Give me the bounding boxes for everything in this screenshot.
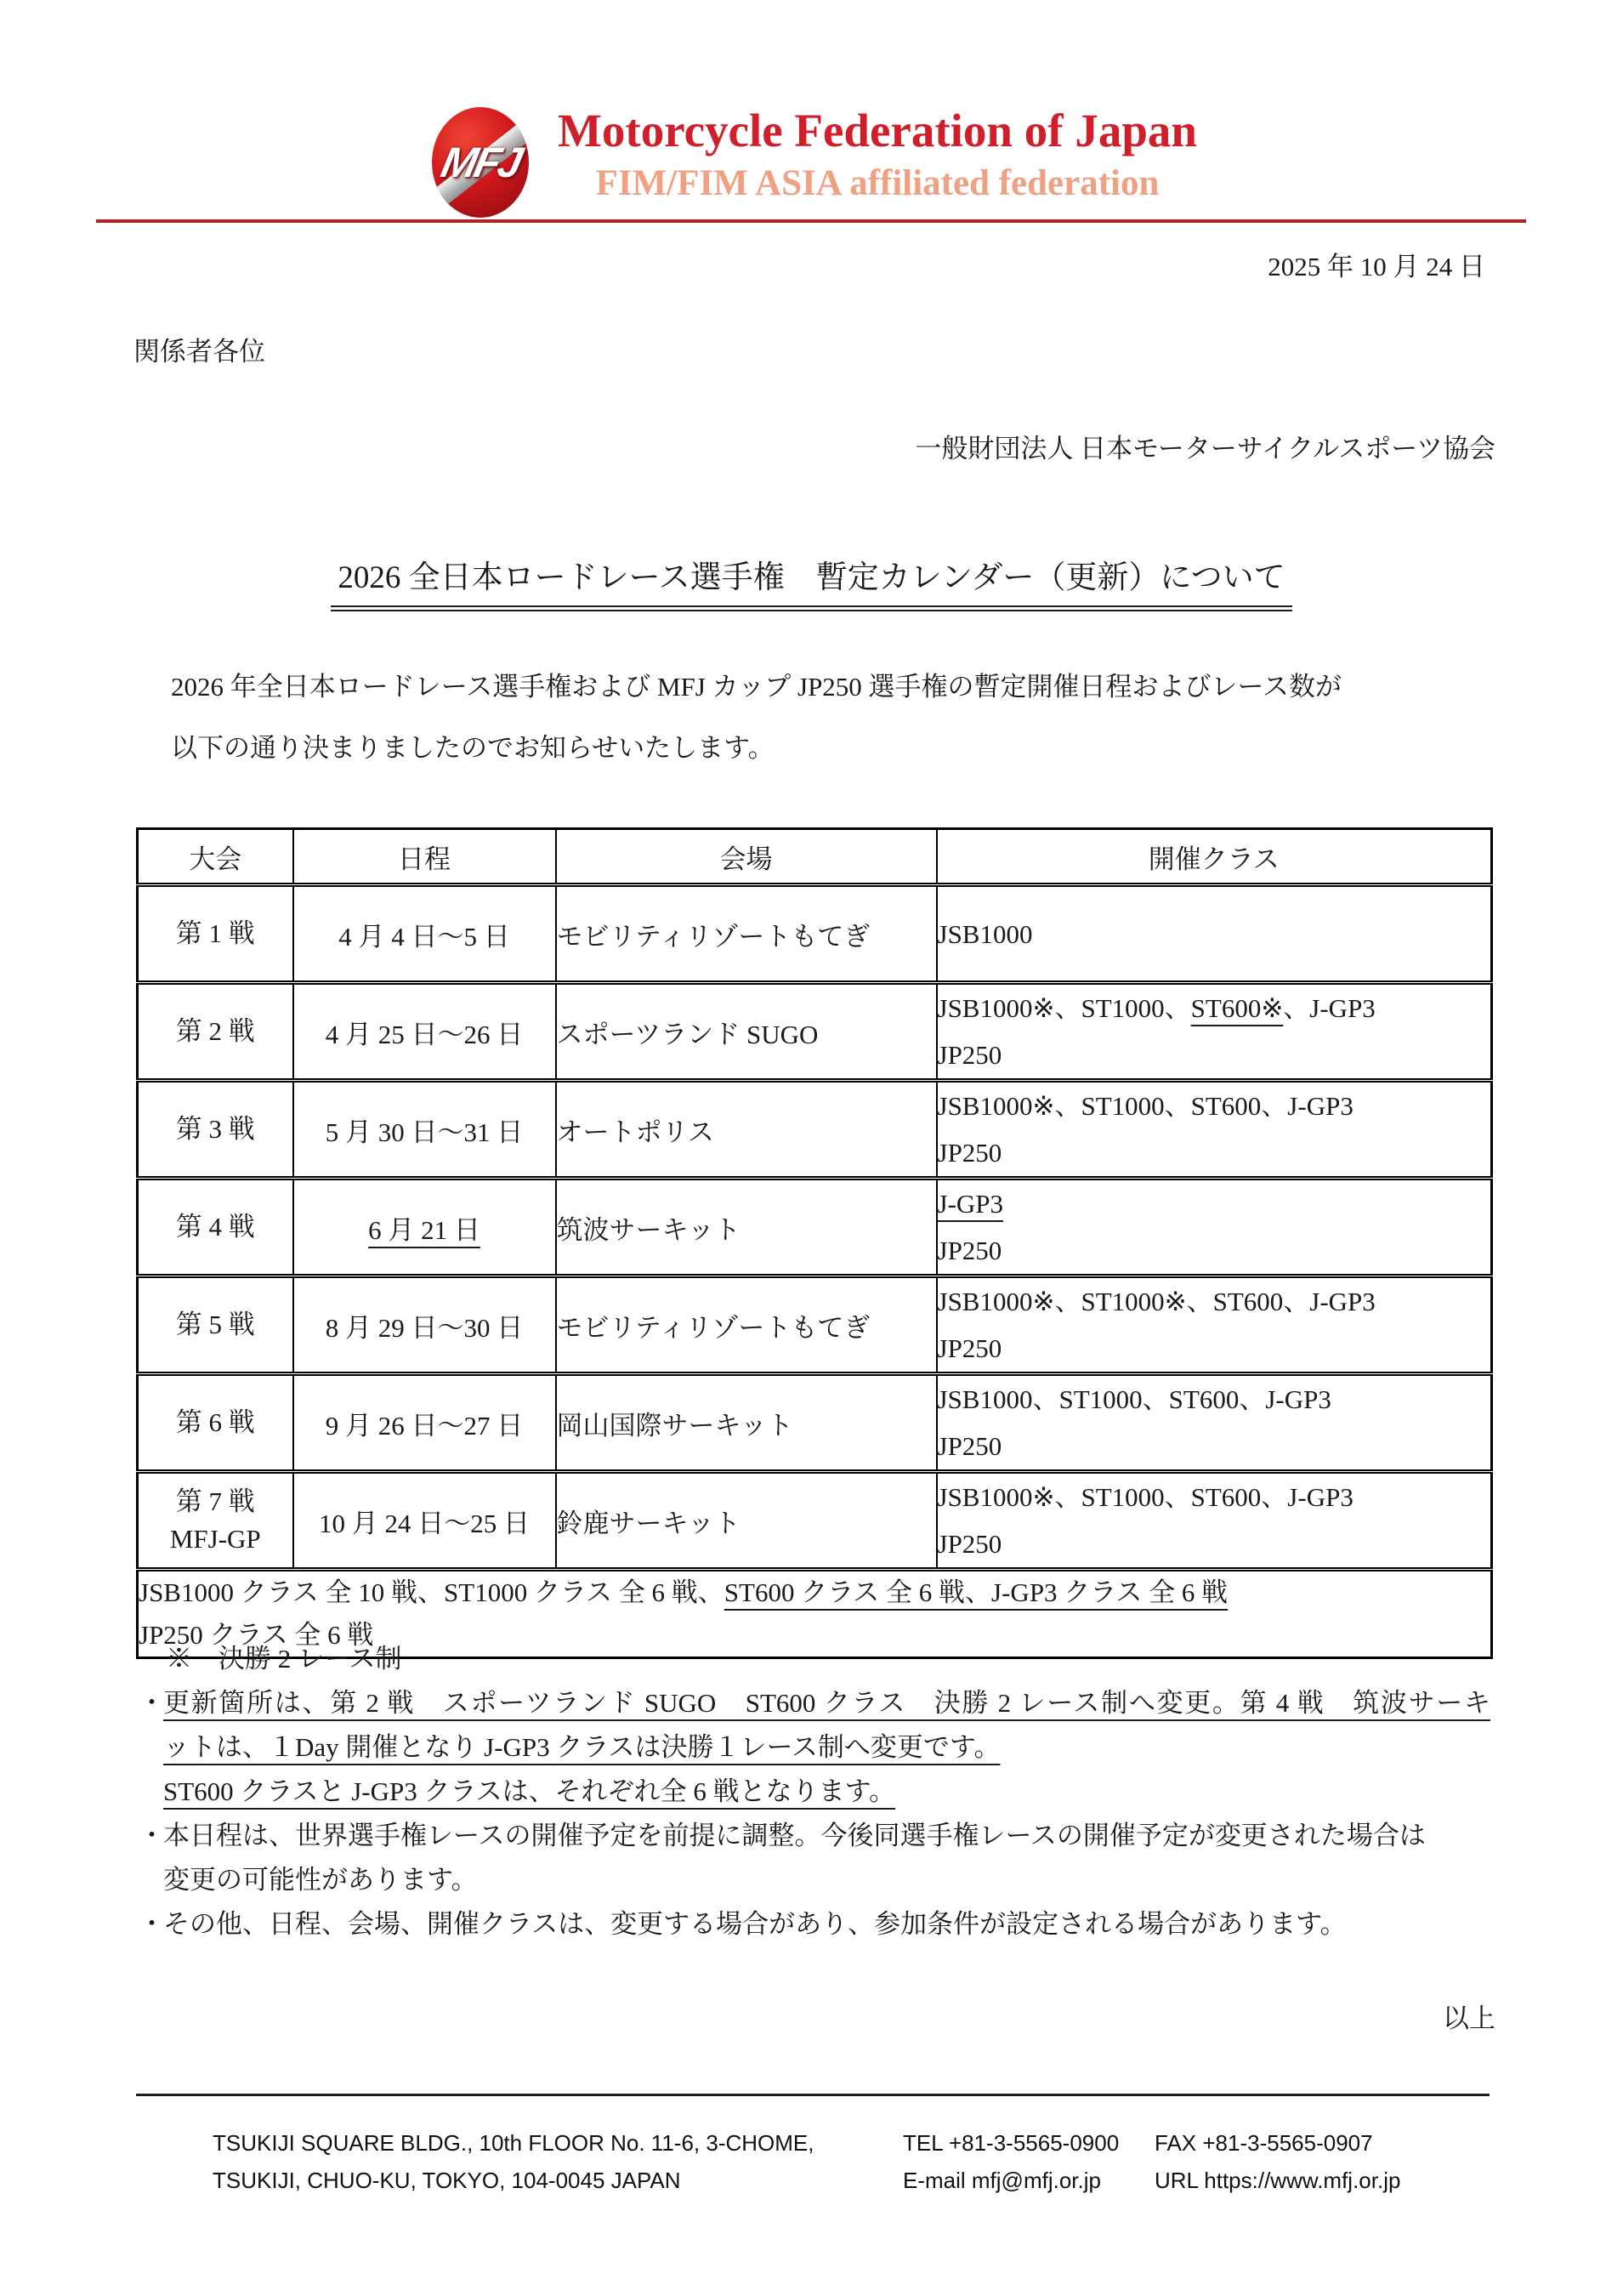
letterhead: Motorcycle Federation of Japan FIM/FIM A… — [551, 100, 1204, 206]
table-row-3: 第 3 戦 5 月 30 日～31 日 オートポリス JSB1000※、ST10… — [138, 1081, 1492, 1179]
addressee: 関係者各位 — [133, 330, 265, 368]
venue-label: 筑波サーキット — [556, 1179, 937, 1276]
date-label: 10 月 24 日～25 日 — [319, 1509, 530, 1538]
event-label: 第 4 戦 — [139, 1208, 292, 1246]
org-name-en: Motorcycle Federation of Japan — [551, 100, 1204, 162]
date-label: 9 月 26 日～27 日 — [326, 1411, 524, 1441]
classes-line-1: JSB1000、ST1000、ST600、J-GP3 — [938, 1376, 1491, 1423]
bullet-icon: ・ — [139, 1814, 165, 1858]
venue-label: 鈴鹿サーキット — [556, 1472, 937, 1570]
affiliation-line: FIM/FIM ASIA affiliated federation — [551, 162, 1204, 206]
notes-section: ※ 決勝 2 レース制 ・ 更新箇所は、第 2 戦 スポーツランド SUGO S… — [139, 1637, 1490, 1946]
note-update-line-1: ・ 更新箇所は、第 2 戦 スポーツランド SUGO ST600 クラス 決勝 … — [139, 1681, 1490, 1725]
col-header-venue: 会場 — [556, 829, 937, 885]
org-name-jp: 一般財団法人 日本モーターサイクルスポーツ協会 — [136, 427, 1495, 465]
event-label: 第 7 戦 — [139, 1483, 292, 1520]
note-schedule-line-1: ・ 本日程は、世界選手権レースの開催予定を前提に調整。今後同選手権レースの開催予… — [139, 1814, 1490, 1858]
classes-line-2: JP250 — [938, 1520, 1491, 1567]
letterhead-divider — [96, 219, 1526, 223]
venue-label: モビリティリゾートもてぎ — [556, 1276, 937, 1374]
intro-line-2: 以下の通り決まりましたのでお知らせいたします。 — [171, 718, 1497, 779]
col-header-event: 大会 — [138, 829, 293, 885]
table-header-row: 大会 日程 会場 開催クラス — [138, 829, 1492, 885]
classes-line-1: JSB1000※、ST1000※、ST600、J-GP3 — [938, 1278, 1491, 1325]
footer-address: TSUKIJI SQUARE BLDG., 10th FLOOR No. 11-… — [213, 2124, 814, 2199]
classes-line-2: JP250 — [938, 1129, 1491, 1176]
bullet-icon: ・ — [139, 1902, 165, 1946]
document-date: 2025 年 10 月 24 日 — [136, 245, 1485, 283]
bullet-icon: ・ — [139, 1681, 165, 1725]
col-header-classes: 開催クラス — [937, 829, 1492, 885]
footer-divider — [136, 2094, 1490, 2096]
note-legend: ※ 決勝 2 レース制 — [139, 1637, 1490, 1681]
table-row-7: 第 7 戦MFJ-GP 10 月 24 日～25 日 鈴鹿サーキット JSB10… — [138, 1472, 1492, 1570]
logo-text: MFJ — [436, 138, 524, 187]
classes-line-2: JP250 — [938, 1423, 1491, 1469]
classes-line-2: JP250 — [938, 1325, 1491, 1372]
event-label: 第 3 戦 — [139, 1111, 292, 1148]
footer-tel: TEL +81-3-5565-0900 — [903, 2124, 1119, 2162]
venue-label: 岡山国際サーキット — [556, 1374, 937, 1472]
event-sublabel: MFJ-GP — [139, 1520, 292, 1558]
title-wrap: 2026 全日本ロードレース選手権 暫定カレンダー（更新）について — [0, 560, 1623, 611]
note-update-line-2: ットは、１Day 開催となり J-GP3 クラスは決勝１レース制へ変更です。 — [139, 1725, 1490, 1770]
event-label: 第 2 戦 — [139, 1013, 292, 1050]
venue-label: スポーツランド SUGO — [556, 983, 937, 1081]
footer-contact-left: TEL +81-3-5565-0900 E-mail mfj@mfj.or.jp — [903, 2124, 1119, 2199]
footer-address-line-1: TSUKIJI SQUARE BLDG., 10th FLOOR No. 11-… — [213, 2124, 814, 2162]
classes-line-1: JSB1000※、ST1000、ST600、J-GP3 — [938, 1474, 1491, 1520]
table-row-2: 第 2 戦 4 月 25 日～26 日 スポーツランド SUGO JSB1000… — [138, 983, 1492, 1081]
date-label: 4 月 4 日～5 日 — [338, 922, 510, 952]
venue-label: オートポリス — [556, 1081, 937, 1179]
classes-line-1: J-GP3 — [938, 1180, 1491, 1227]
table-row-5: 第 5 戦 8 月 29 日～30 日 モビリティリゾートもてぎ JSB1000… — [138, 1276, 1492, 1374]
event-label: 第 5 戦 — [139, 1306, 292, 1344]
col-header-date: 日程 — [293, 829, 556, 885]
classes-line-2: JP250 — [938, 1031, 1491, 1078]
footer-contact-right: FAX +81-3-5565-0907 URL https://www.mfj.… — [1155, 2124, 1400, 2199]
mfj-logo: MFJ — [432, 107, 529, 218]
closing-ijou: 以上 — [136, 1997, 1495, 2035]
table-row-1: 第 1 戦 4 月 4 日～5 日 モビリティリゾートもてぎ JSB1000 — [138, 885, 1492, 983]
table-row-6: 第 6 戦 9 月 26 日～27 日 岡山国際サーキット JSB1000、ST… — [138, 1374, 1492, 1472]
footer-fax: FAX +81-3-5565-0907 — [1155, 2124, 1400, 2162]
classes-line-2: JP250 — [938, 1227, 1491, 1274]
page-title: 2026 全日本ロードレース選手権 暫定カレンダー（更新）について — [331, 560, 1291, 611]
date-label: 5 月 30 日～31 日 — [326, 1117, 524, 1147]
note-update-line-3: ST600 クラスと J-GP3 クラスは、それぞれ全 6 戦となります。 — [139, 1770, 1490, 1814]
summary-line-1: JSB1000 クラス 全 10 戦、ST1000 クラス 全 6 戦、ST60… — [139, 1571, 1490, 1614]
intro-line-1: 2026 年全日本ロードレース選手権および MFJ カップ JP250 選手権の… — [171, 656, 1497, 718]
document-page: MFJ Motorcycle Federation of Japan FIM/F… — [0, 0, 1623, 2296]
intro-paragraph: 2026 年全日本ロードレース選手権および MFJ カップ JP250 選手権の… — [171, 656, 1497, 779]
classes-line-1: JSB1000 — [938, 911, 1491, 958]
note-other: ・ その他、日程、会場、開催クラスは、変更する場合があり、参加条件が設定される場… — [139, 1902, 1490, 1946]
classes-line-1: JSB1000※、ST1000、ST600、J-GP3 — [938, 1083, 1491, 1129]
footer-email: E-mail mfj@mfj.or.jp — [903, 2162, 1119, 2199]
table-row-4: 第 4 戦 6 月 21 日 筑波サーキット J-GP3JP250 — [138, 1179, 1492, 1276]
event-label: 第 1 戦 — [139, 915, 292, 952]
date-label: 8 月 29 日～30 日 — [326, 1313, 524, 1343]
date-label: 4 月 25 日～26 日 — [326, 1020, 524, 1049]
event-label: 第 6 戦 — [139, 1404, 292, 1441]
classes-line-1: JSB1000※、ST1000、ST600※、J-GP3 — [938, 985, 1491, 1031]
footer-url: URL https://www.mfj.or.jp — [1155, 2162, 1400, 2199]
schedule-table: 大会 日程 会場 開催クラス 第 1 戦 4 月 4 日～5 日 モビリティリゾ… — [136, 827, 1493, 1659]
footer-address-line-2: TSUKIJI, CHUO-KU, TOKYO, 104-0045 JAPAN — [213, 2162, 814, 2199]
note-schedule-line-2: 変更の可能性があります。 — [139, 1858, 1490, 1902]
venue-label: モビリティリゾートもてぎ — [556, 885, 937, 983]
